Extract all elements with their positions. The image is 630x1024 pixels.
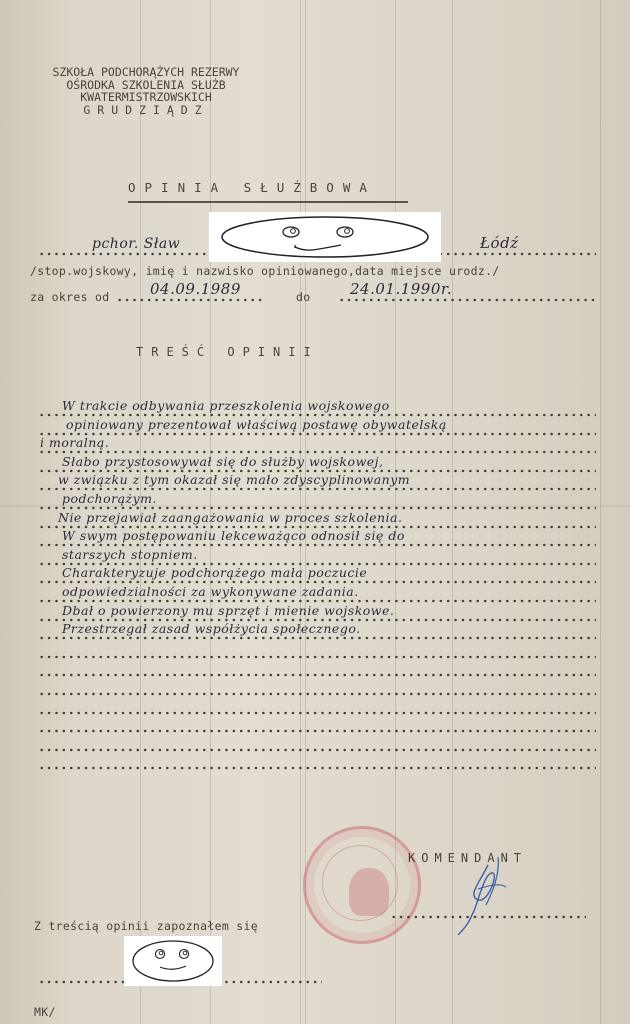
dotted-line (38, 748, 596, 752)
opinion-line: Przestrzegał zasad współżycia społeczneg… (62, 621, 361, 636)
paper-fold (600, 0, 601, 1024)
dotted-line (38, 636, 596, 640)
dotted-line (38, 432, 596, 436)
stamp-inner-ring (322, 845, 398, 921)
opinion-line: Słabo przystosowywał się do służby wojsk… (62, 454, 384, 469)
opinion-line: W trakcie odbywania przeszkolenia wojsko… (62, 398, 390, 413)
dotted-line (38, 655, 596, 659)
dotted-line (38, 711, 596, 715)
opinion-line: Nie przejawiał zaangażowania w proces sz… (58, 510, 402, 525)
content-heading: TREŚĆ OPINII (136, 345, 319, 359)
header-city: GRUDZIĄDZ (28, 104, 264, 117)
document-title: OPINIA SŁUŻBOWA (128, 180, 376, 195)
smiley-face-icon (124, 936, 222, 986)
period-to-label: do (296, 290, 310, 304)
smiley-face-icon (209, 212, 441, 262)
redaction-box (209, 212, 441, 262)
dotted-line (338, 298, 596, 302)
footer-mark: MK/ (34, 1005, 56, 1019)
dotted-line (38, 766, 596, 770)
acknowledgement-text: Z treścią opinii zapoznałem się (34, 919, 258, 933)
subject-birthplace: Łódź (480, 234, 519, 252)
subject-rank-name: pchor. Sław (92, 236, 180, 252)
opinion-line: opiniowany prezentował właściwą postawę … (66, 417, 447, 432)
eagle-emblem-icon (349, 868, 389, 916)
opinion-line: odpowiedzialności za wykonywane zadania. (62, 584, 359, 599)
redaction-box (124, 936, 222, 986)
dotted-line (116, 298, 266, 302)
signature-scribble (448, 845, 518, 935)
dotted-line (38, 692, 596, 696)
opinion-line: podchorążym. (62, 491, 157, 506)
official-stamp (303, 826, 421, 944)
period-from-label: za okres od (30, 290, 109, 304)
document-page: SZKOŁA PODCHORĄŻYCH REZERWY OŚRODKA SZKO… (0, 0, 630, 1024)
period-from-value: 04.09.1989 (150, 280, 241, 298)
opinion-line: W swym postępowaniu lekceważąco odnosił … (62, 528, 405, 543)
dotted-line (38, 729, 596, 733)
institution-header: SZKOŁA PODCHORĄŻYCH REZERWY OŚRODKA SZKO… (28, 66, 264, 116)
title-underline (128, 201, 408, 203)
header-line: KWATERMISTRZOWSKICH (28, 91, 264, 104)
opinion-line: w związku z tym okazał się mało zdyscypl… (58, 472, 410, 487)
opinion-line: starszych stopniem. (62, 547, 198, 562)
period-to-value: 24.01.1990r. (350, 280, 452, 298)
opinion-line: Dbał o powierzony mu sprzęt i mienie woj… (62, 603, 394, 618)
header-line: SZKOŁA PODCHORĄŻYCH REZERWY (28, 66, 264, 79)
dotted-line (38, 673, 596, 677)
opinion-line: i moralną. (40, 435, 109, 450)
subject-caption: /stop.wojskowy, imię i nazwisko opiniowa… (30, 264, 500, 278)
opinion-line: Charakteryzuje podchorążego mała poczuci… (62, 565, 367, 580)
